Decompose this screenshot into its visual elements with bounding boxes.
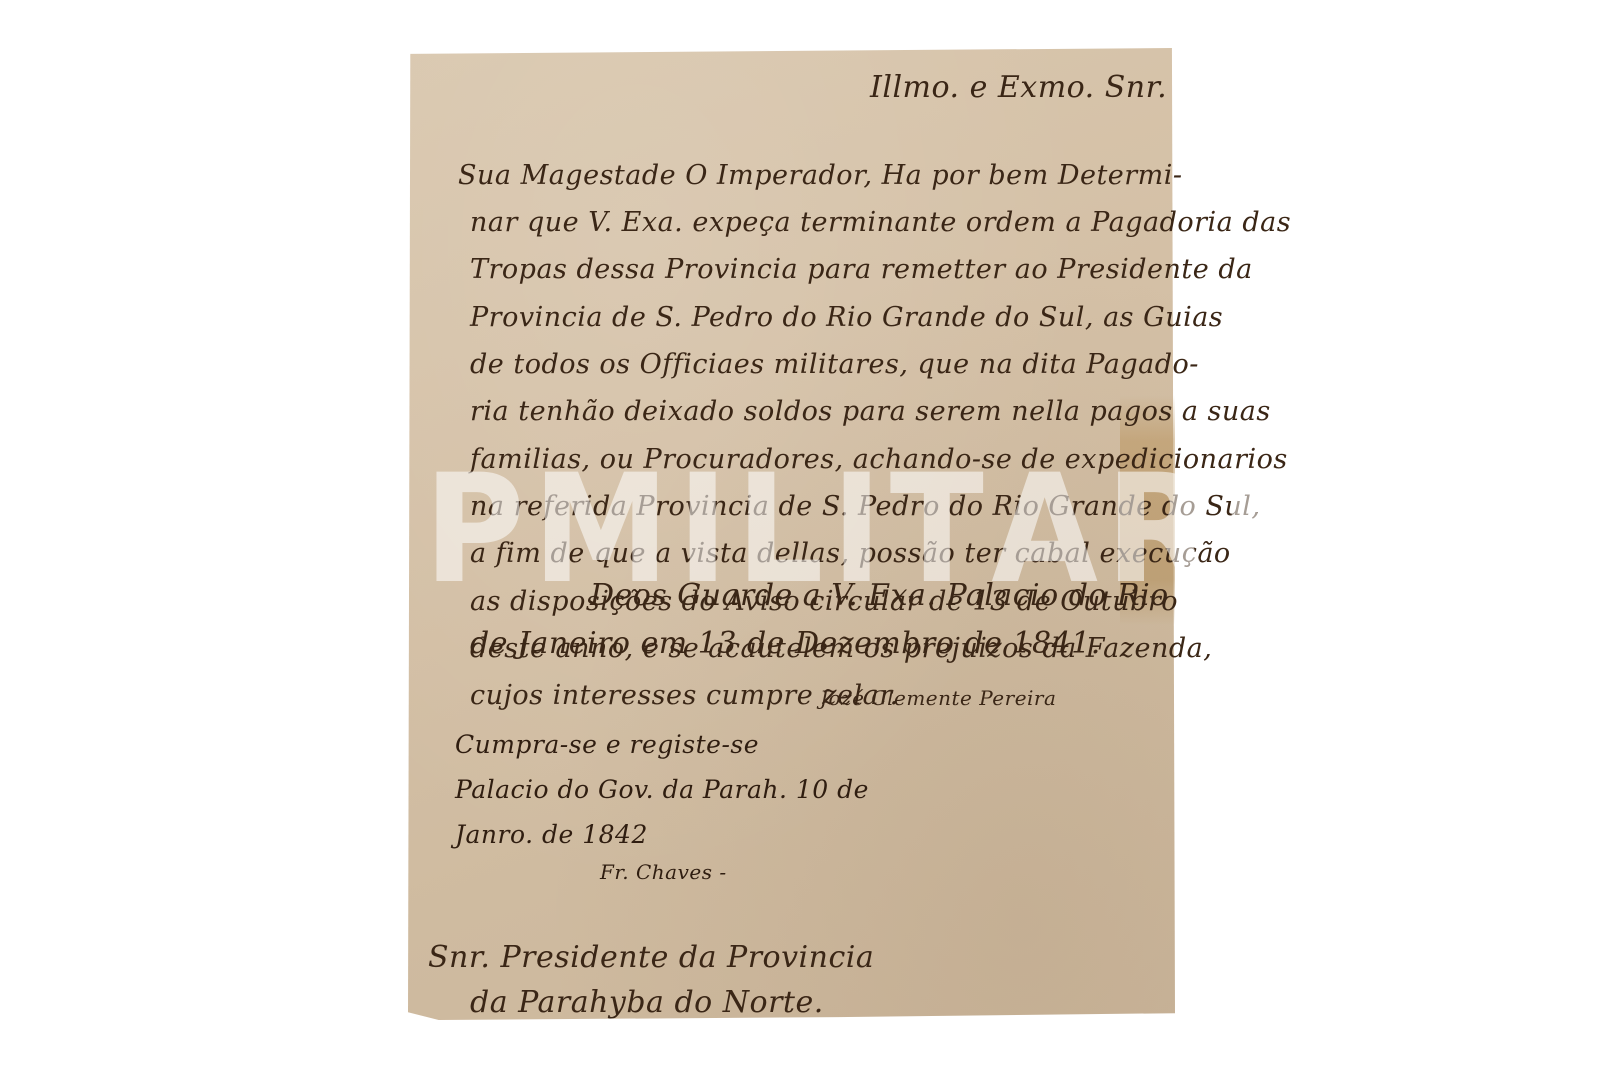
body-line: Tropas dessa Provincia para remetter ao …: [470, 254, 1253, 285]
body-line: familias, ou Procuradores, achando-se de…: [470, 444, 1288, 475]
watermark-letter: A: [1278, 443, 1392, 617]
signature: Jozé Clemente Pereira: [820, 686, 1056, 710]
watermark-letter: M: [220, 443, 365, 617]
address-line: da Parahyba do Norte.: [470, 985, 824, 1020]
manuscript-paper: [408, 48, 1175, 1020]
margin-note-line: Fr. Chaves -: [600, 860, 727, 884]
margin-note-line: Cumpra-se e registe-se: [455, 730, 759, 759]
body-line: ria tenhão deixado soldos para serem nel…: [470, 396, 1271, 427]
body-line: de todos os Officiaes militares, que na …: [470, 349, 1199, 380]
address-line: Snr. Presidente da Provincia: [428, 940, 874, 975]
margin-note-line: Palacio do Gov. da Parah. 10 de: [455, 775, 869, 804]
body-line: na referida Provincia de S. Pedro do Rio…: [470, 491, 1260, 522]
body-line: nar que V. Exa. expeça terminante ordem …: [470, 207, 1291, 238]
body-line: Provincia de S. Pedro do Rio Grande do S…: [470, 302, 1223, 333]
closing-line date-line: de Janeiro em 13 de Dezembro de 1841.: [470, 626, 1101, 661]
closing-line: Deos Guarde a V. Exa. Palacio do Rio: [590, 578, 1169, 613]
margin-note-line: Janro. de 1842: [455, 820, 648, 849]
body-line: Sua Magestade O Imperador, Ha por bem De…: [458, 160, 1183, 191]
body-line: a fim de que a vista dellas, possão ter …: [470, 538, 1231, 569]
salutation: Illmo. e Exmo. Snr.: [870, 70, 1167, 105]
